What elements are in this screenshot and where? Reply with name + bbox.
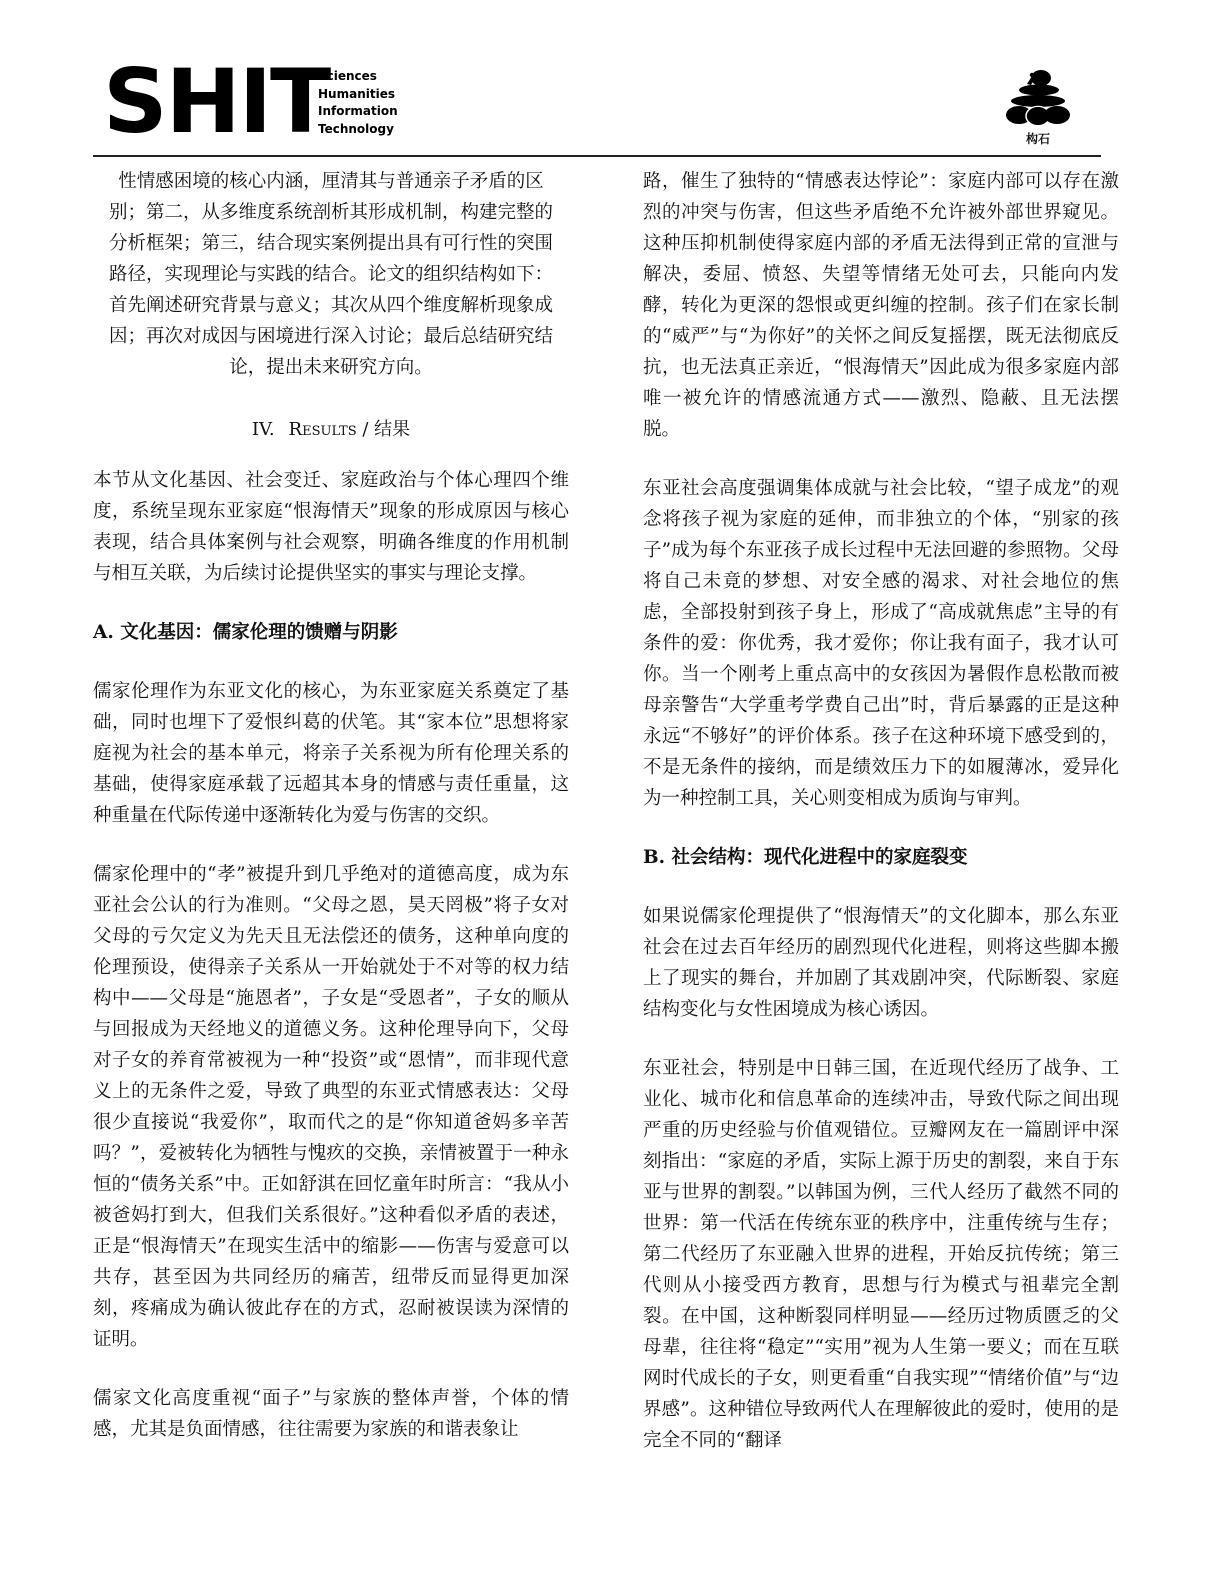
text-line: 因；再次对成因与困境进行深入讨论；最后总结研究结 xyxy=(109,326,553,347)
logo-sub-line: Humanities xyxy=(318,86,398,104)
body-paragraph: 东亚社会，特别是中日韩三国，在近现代经历了战争、工业化、城市化和信息革命的连续冲… xyxy=(643,1053,1119,1456)
text-line: 别；第二，从多维度系统剖析其形成机制，构建完整的 xyxy=(109,202,553,223)
body-paragraph: 路，催生了独特的“情感表达悖论”：家庭内部可以存在激烈的冲突与伤害，但这些矛盾绝… xyxy=(643,166,1119,445)
header-divider xyxy=(93,155,1101,157)
journal-header: SHIT Sciences Humanities Information Tec… xyxy=(93,60,1101,156)
body-paragraph: 儒家伦理作为东亚文化的核心，为东亚家庭关系奠定了基础，同时也埋下了爱恨纠葛的伏笔… xyxy=(93,676,569,831)
section-title-en: Results xyxy=(289,419,357,440)
spacer xyxy=(643,1025,1119,1053)
journal-logo-wordmark: SHIT xyxy=(103,62,329,142)
stone-pile-logo: 构石 xyxy=(1005,68,1071,148)
spacer xyxy=(93,1355,569,1383)
section-title-zh: 结果 xyxy=(374,419,410,440)
spacer xyxy=(643,873,1119,901)
text-line: 性情感困境的核心内涵，厘清其与普通亲子矛盾的区 xyxy=(118,171,544,192)
section-number: IV. xyxy=(252,419,275,440)
spacer xyxy=(93,589,569,617)
spacer xyxy=(643,445,1119,473)
spacer xyxy=(93,831,569,859)
body-paragraph: 如果说儒家伦理提供了“恨海情天”的文化脚本，那么东亚社会在过去百年经历的剧烈现代… xyxy=(643,901,1119,1025)
body-paragraph: 儒家文化高度重视“面子”与家族的整体声誉，个体的情感，尤其是负面情感，往往需要为… xyxy=(93,1383,569,1445)
stone-logo-label: 构石 xyxy=(1005,130,1071,147)
body-paragraph: 儒家伦理中的“孝”被提升到几乎绝对的道德高度，成为东亚社会公认的行为准则。“父母… xyxy=(93,859,569,1355)
section-heading: IV.Results / 结果 xyxy=(93,414,569,445)
spacer xyxy=(93,648,569,676)
logo-sub-line: Information xyxy=(318,103,398,121)
logo-sub-line: Sciences xyxy=(318,68,398,86)
section-intro-paragraph: 本节从文化基因、社会变迁、家庭政治与个体心理四个维度，系统呈现东亚家庭“恨海情天… xyxy=(93,465,569,589)
text-line: 论，提出未来研究方向。 xyxy=(229,357,433,378)
text-line: 首先阐述研究背景与意义；其次从四个维度解析现象成 xyxy=(109,295,553,316)
body-paragraph: 东亚社会高度强调集体成就与社会比较，“望子成龙”的观念将孩子视为家庭的延伸，而非… xyxy=(643,473,1119,814)
text-line: 分析框架；第三，结合现实案例提出具有可行性的突围 xyxy=(109,233,553,254)
intro-continuation: 性情感困境的核心内涵，厘清其与普通亲子矛盾的区 别；第二，从多维度系统剖析其形成… xyxy=(93,166,569,383)
logo-sub-line: Technology xyxy=(318,121,398,139)
journal-logo-subtitle: Sciences Humanities Information Technolo… xyxy=(318,68,398,138)
subsection-heading-a: A. 文化基因：儒家伦理的馈赠与阴影 xyxy=(93,617,569,648)
subsection-heading-b: B. 社会结构：现代化进程中的家庭裂变 xyxy=(643,842,1119,873)
stone-pile-icon xyxy=(1005,68,1071,130)
spacer xyxy=(643,814,1119,842)
left-column: 性情感困境的核心内涵，厘清其与普通亲子矛盾的区 别；第二，从多维度系统剖析其形成… xyxy=(93,166,569,1445)
section-separator: / xyxy=(357,419,375,440)
text-line: 路径，实现理论与实践的结合。论文的组织结构如下： xyxy=(109,264,553,285)
right-column: 路，催生了独特的“情感表达悖论”：家庭内部可以存在激烈的冲突与伤害，但这些矛盾绝… xyxy=(643,166,1119,1456)
